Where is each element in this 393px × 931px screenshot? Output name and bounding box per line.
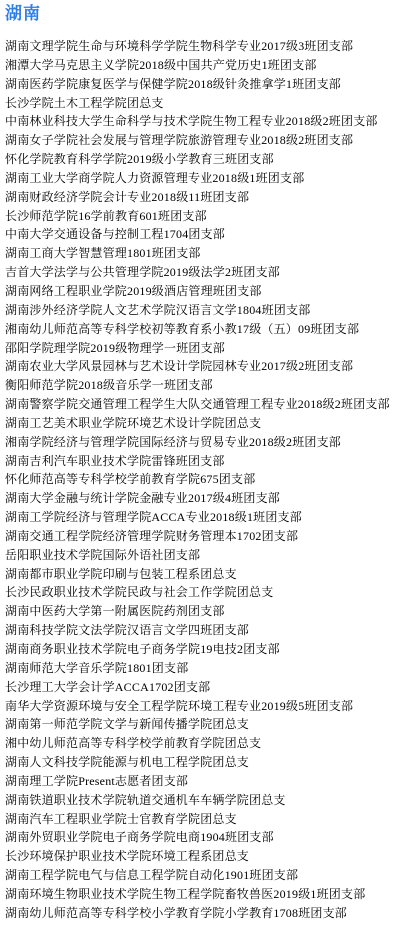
list-item: 怀化学院教育科学学院2019级小学教育三班团支部 xyxy=(5,150,393,169)
list-item: 吉首大学法学与公共管理学院2019级法学2班团支部 xyxy=(5,263,393,282)
list-item: 湖南农业大学风景园林与艺术设计学院园林专业2017级2班团支部 xyxy=(5,357,393,376)
list-item: 湖南师范大学音乐学院1801团支部 xyxy=(5,659,393,678)
list-item: 湖南警察学院交通管理工程学生大队交通管理工程专业2018级2班团支部 xyxy=(5,395,393,414)
list-item: 湘南学院经济与管理学院国际经济与贸易专业2018级2班团支部 xyxy=(5,433,393,452)
section-title: 湖南 xyxy=(5,4,393,24)
branch-list: 湖南文理学院生命与环境科学学院生物科学专业2017级3班团支部湘潭大学马克思主义… xyxy=(5,37,393,923)
list-item: 长沙环境保护职业技术学院环境工程系团总支 xyxy=(5,847,393,866)
list-item: 湖南女子学院社会发展与管理学院旅游管理专业2018级2班团支部 xyxy=(5,131,393,150)
list-item: 长沙民政职业技术学院民政与社会工作学院团总支 xyxy=(5,583,393,602)
list-item: 湖南文理学院生命与环境科学学院生物科学专业2017级3班团支部 xyxy=(5,37,393,56)
list-item: 湖南外贸职业学院电子商务学院电商1904班团支部 xyxy=(5,828,393,847)
list-item: 湖南环境生物职业技术学院生物工程学院畜牧兽医2019级1班团支部 xyxy=(5,885,393,904)
list-item: 湖南网络工程职业学院2019级酒店管理班团支部 xyxy=(5,282,393,301)
list-item: 湖南工商大学智慧管理1801班团支部 xyxy=(5,244,393,263)
list-item: 湖南商务职业技术学院电子商务学院19电技2团支部 xyxy=(5,640,393,659)
list-item: 南华大学资源环境与安全工程学院环境工程专业2019级5班团支部 xyxy=(5,697,393,716)
list-item: 长沙理工大学会计学ACCA1702团支部 xyxy=(5,678,393,697)
list-item: 湖南吉利汽车职业技术学院雷锋班团支部 xyxy=(5,452,393,471)
list-item: 湖南中医药大学第一附属医院药剂团支部 xyxy=(5,602,393,621)
list-item: 湖南第一师范学院文学与新闻传播学院团总支 xyxy=(5,715,393,734)
list-item: 怀化师范高等专科学校学前教育学院675团支部 xyxy=(5,470,393,489)
list-item: 湘潭大学马克思主义学院2018级中国共产党历史1班团支部 xyxy=(5,56,393,75)
list-item: 湖南财政经济学院会计专业2018级11班团支部 xyxy=(5,188,393,207)
list-item: 湖南工学院经济与管理学院ACCA专业2018级1班团支部 xyxy=(5,508,393,527)
list-item: 湖南医药学院康复医学与保健学院2018级针灸推拿学1班团支部 xyxy=(5,75,393,94)
list-item: 湖南理工学院Present志愿者团支部 xyxy=(5,772,393,791)
list-item: 湘南幼儿师范高等专科学校初等教育系小教17级（五）09班团支部 xyxy=(5,320,393,339)
list-item: 湖南人文科技学院能源与机电工程学院团总支 xyxy=(5,753,393,772)
page: 湖南 湖南文理学院生命与环境科学学院生物科学专业2017级3班团支部湘潭大学马克… xyxy=(0,0,393,931)
list-item: 长沙学院土木工程学院团总支 xyxy=(5,94,393,113)
list-item: 湖南涉外经济学院人文艺术学院汉语言文学1804班团支部 xyxy=(5,301,393,320)
list-item: 湖南交通工程学院经济管理学院财务管理本1702团支部 xyxy=(5,527,393,546)
list-item: 湖南工艺美术职业学院环境艺术设计学院团总支 xyxy=(5,414,393,433)
list-item: 湘中幼儿师范高等专科学校学前教育学院团总支 xyxy=(5,734,393,753)
list-item: 湖南科技学院文法学院汉语言文学四班团支部 xyxy=(5,621,393,640)
list-item: 湖南工业大学商学院人力资源管理专业2018级1班团支部 xyxy=(5,169,393,188)
list-item: 中南林业科技大学生命科学与技术学院生物工程专业2018级2班团支部 xyxy=(5,112,393,131)
list-item: 湖南都市职业学院印刷与包装工程系团总支 xyxy=(5,565,393,584)
list-item: 湖南幼儿师范高等专科学校小学教育学院小学教育1708班团支部 xyxy=(5,904,393,923)
list-item: 岳阳职业技术学院国际外语社团支部 xyxy=(5,546,393,565)
list-item: 湖南汽车工程职业学院士官教育学院团总支 xyxy=(5,810,393,829)
list-item: 湖南工程学院电气与信息工程学院自动化1901班团支部 xyxy=(5,866,393,885)
list-item: 中南大学交通设备与控制工程1704团支部 xyxy=(5,225,393,244)
list-item: 湖南大学金融与统计学院金融专业2017级4班团支部 xyxy=(5,489,393,508)
list-item: 湖南铁道职业技术学院轨道交通机车车辆学院团总支 xyxy=(5,791,393,810)
list-item: 长沙师范学院16学前教育601班团支部 xyxy=(5,207,393,226)
list-item: 衡阳师范学院2018级音乐学一班团支部 xyxy=(5,376,393,395)
list-item: 邵阳学院理学院2019级物理学一班团支部 xyxy=(5,339,393,358)
